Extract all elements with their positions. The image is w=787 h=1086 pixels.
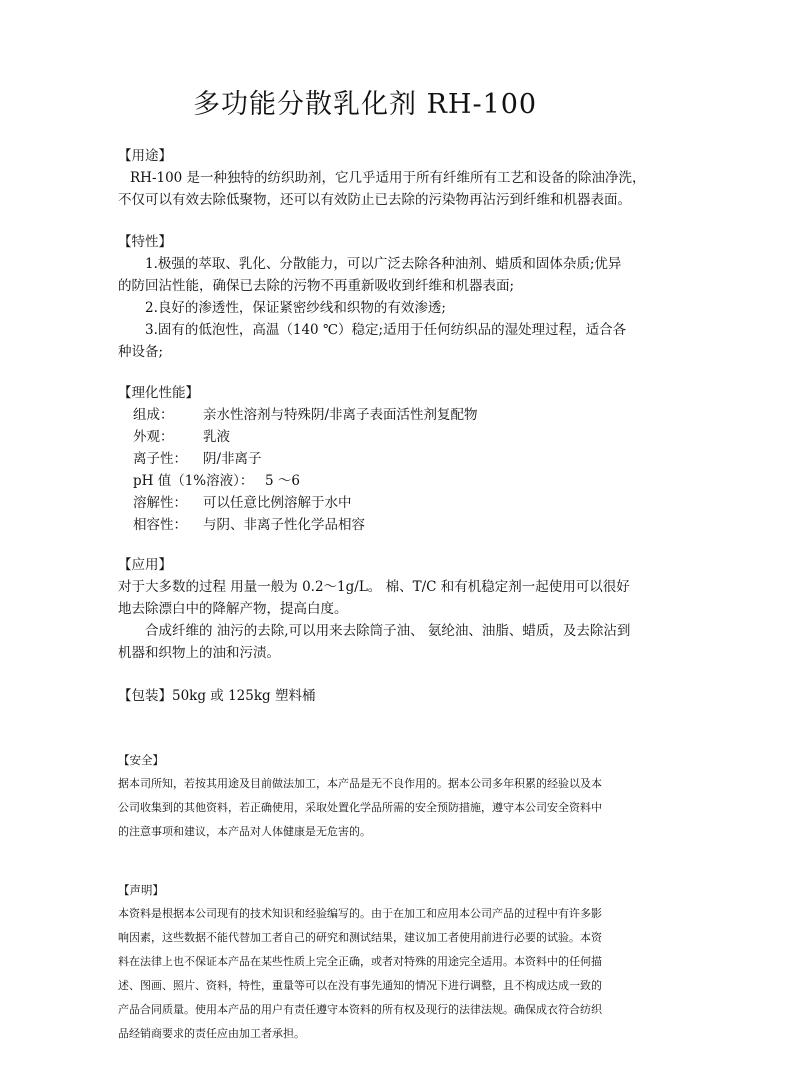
application-line: 合成纤维的 油污的去除,可以用来去除筒子油、 氨纶油、油脂、蜡质，及去除沾到 bbox=[118, 620, 683, 642]
section-safety: 【安全】 据本司所知，若按其用途及目前做法加工，本产品是无不良作用的。据本公司多… bbox=[118, 748, 683, 844]
usage-line: 不仅可以有效去除低聚物，还可以有效防止已去除的污染物再沾污到纤维和机器表面。 bbox=[118, 189, 683, 211]
safety-line: 据本司所知，若按其用途及目前做法加工，本产品是无不良作用的。据本公司多年积累的经… bbox=[118, 772, 683, 796]
property-value: 5 ～6 bbox=[265, 470, 300, 492]
property-label: 组成： bbox=[133, 404, 203, 426]
section-application: 【应用】 对于大多数的过程 用量一般为 0.2～1g/L。 棉、T/C 和有机稳… bbox=[118, 554, 683, 664]
property-row: 组成： 亲水性溶剂与特殊阴/非离子表面活性剂复配物 bbox=[118, 404, 683, 426]
section-properties: 【理化性能】 组成： 亲水性溶剂与特殊阴/非离子表面活性剂复配物 外观： 乳液 … bbox=[118, 382, 683, 536]
property-label: 外观： bbox=[133, 426, 203, 448]
feature-line: 3.固有的低泡性，高温（140 ℃）稳定;适用于任何纺织品的湿处理过程，适合各 bbox=[118, 319, 683, 341]
section-features: 【特性】 1.极强的萃取、乳化、分散能力，可以广泛去除各种油剂、蜡质和固体杂质;… bbox=[118, 231, 683, 363]
property-value: 亲水性溶剂与特殊阴/非离子表面活性剂复配物 bbox=[203, 404, 478, 426]
section-heading-application: 【应用】 bbox=[118, 554, 683, 576]
feature-line: 1.极强的萃取、乳化、分散能力，可以广泛去除各种油剂、蜡质和固体杂质;优异 bbox=[118, 253, 683, 275]
property-value: 乳液 bbox=[203, 426, 230, 448]
section-heading-packaging: 【包装】 bbox=[118, 688, 172, 704]
safety-line: 公司收集到的其他资料，若正确使用，采取处置化学品所需的安全预防措施，遵守本公司安… bbox=[118, 796, 683, 820]
disclaimer-line: 响因素，这些数据不能代替加工者自己的研究和测试结果，建议加工者使用前进行必要的试… bbox=[118, 926, 683, 950]
section-usage: 【用途】 RH-100 是一种独特的纺织助剂，它几乎适用于所有纤维所有工艺和设备… bbox=[118, 145, 683, 211]
section-heading-safety: 【安全】 bbox=[118, 748, 683, 772]
property-row: 相容性： 与阴、非离子性化学品相容 bbox=[118, 514, 683, 536]
packaging-value: 50kg 或 125kg 塑料桶 bbox=[172, 688, 315, 704]
property-row: pH 值（1%溶液）： 5 ～6 bbox=[118, 470, 683, 492]
property-row: 离子性： 阴/非离子 bbox=[118, 448, 683, 470]
property-row: 外观： 乳液 bbox=[118, 426, 683, 448]
packaging-line: 【包装】50kg 或 125kg 塑料桶 bbox=[118, 685, 683, 707]
section-heading-usage: 【用途】 bbox=[118, 145, 683, 167]
property-value: 可以任意比例溶解于水中 bbox=[203, 492, 352, 514]
disclaimer-line: 述、图画、照片、资料，特性，重量等可以在没有事先通知的情况下进行调整，且不构成达… bbox=[118, 974, 683, 998]
property-row: 溶解性： 可以任意比例溶解于水中 bbox=[118, 492, 683, 514]
application-line: 对于大多数的过程 用量一般为 0.2～1g/L。 棉、T/C 和有机稳定剂一起使… bbox=[118, 576, 683, 598]
section-packaging: 【包装】50kg 或 125kg 塑料桶 bbox=[118, 685, 683, 707]
property-label: 离子性： bbox=[133, 448, 203, 470]
feature-line: 的防回沾性能，确保已去除的污物不再重新吸收到纤维和机器表面; bbox=[118, 275, 683, 297]
safety-line: 的注意事项和建议，本产品对人体健康是无危害的。 bbox=[118, 820, 683, 844]
property-value: 阴/非离子 bbox=[203, 448, 262, 470]
disclaimer-line: 本资料是根据本公司现有的技术知识和经验编写的。由于在加工和应用本公司产品的过程中… bbox=[118, 902, 683, 926]
section-disclaimer: 【声明】 本资料是根据本公司现有的技术知识和经验编写的。由于在加工和应用本公司产… bbox=[118, 878, 683, 1046]
property-value: 与阴、非离子性化学品相容 bbox=[203, 514, 365, 536]
property-label: 溶解性： bbox=[133, 492, 203, 514]
property-label: 相容性： bbox=[133, 514, 203, 536]
document-title: 多功能分散乳化剂 RH-100 bbox=[193, 82, 537, 121]
application-line: 地去除漂白中的降解产物，提高白度。 bbox=[118, 598, 683, 620]
section-heading-disclaimer: 【声明】 bbox=[118, 878, 683, 902]
usage-line: RH-100 是一种独特的纺织助剂，它几乎适用于所有纤维所有工艺和设备的除油净洗… bbox=[118, 167, 683, 189]
section-heading-properties: 【理化性能】 bbox=[118, 382, 683, 404]
disclaimer-line: 品经销商要求的责任应由加工者承担。 bbox=[118, 1022, 683, 1046]
section-heading-features: 【特性】 bbox=[118, 231, 683, 253]
property-label: pH 值（1%溶液）： bbox=[133, 470, 265, 492]
feature-line: 2.良好的渗透性，保证紧密纱线和织物的有效渗透; bbox=[118, 297, 683, 319]
disclaimer-line: 料在法律上也不保证本产品在某些性质上完全正确，或者对特殊的用途完全适用。本资料中… bbox=[118, 950, 683, 974]
disclaimer-line: 产品合同质量。使用本产品的用户有责任遵守本资料的所有权及现行的法律法规。确保成衣… bbox=[118, 998, 683, 1022]
application-line: 机器和织物上的油和污渍。 bbox=[118, 642, 683, 664]
feature-line: 种设备; bbox=[118, 341, 683, 363]
